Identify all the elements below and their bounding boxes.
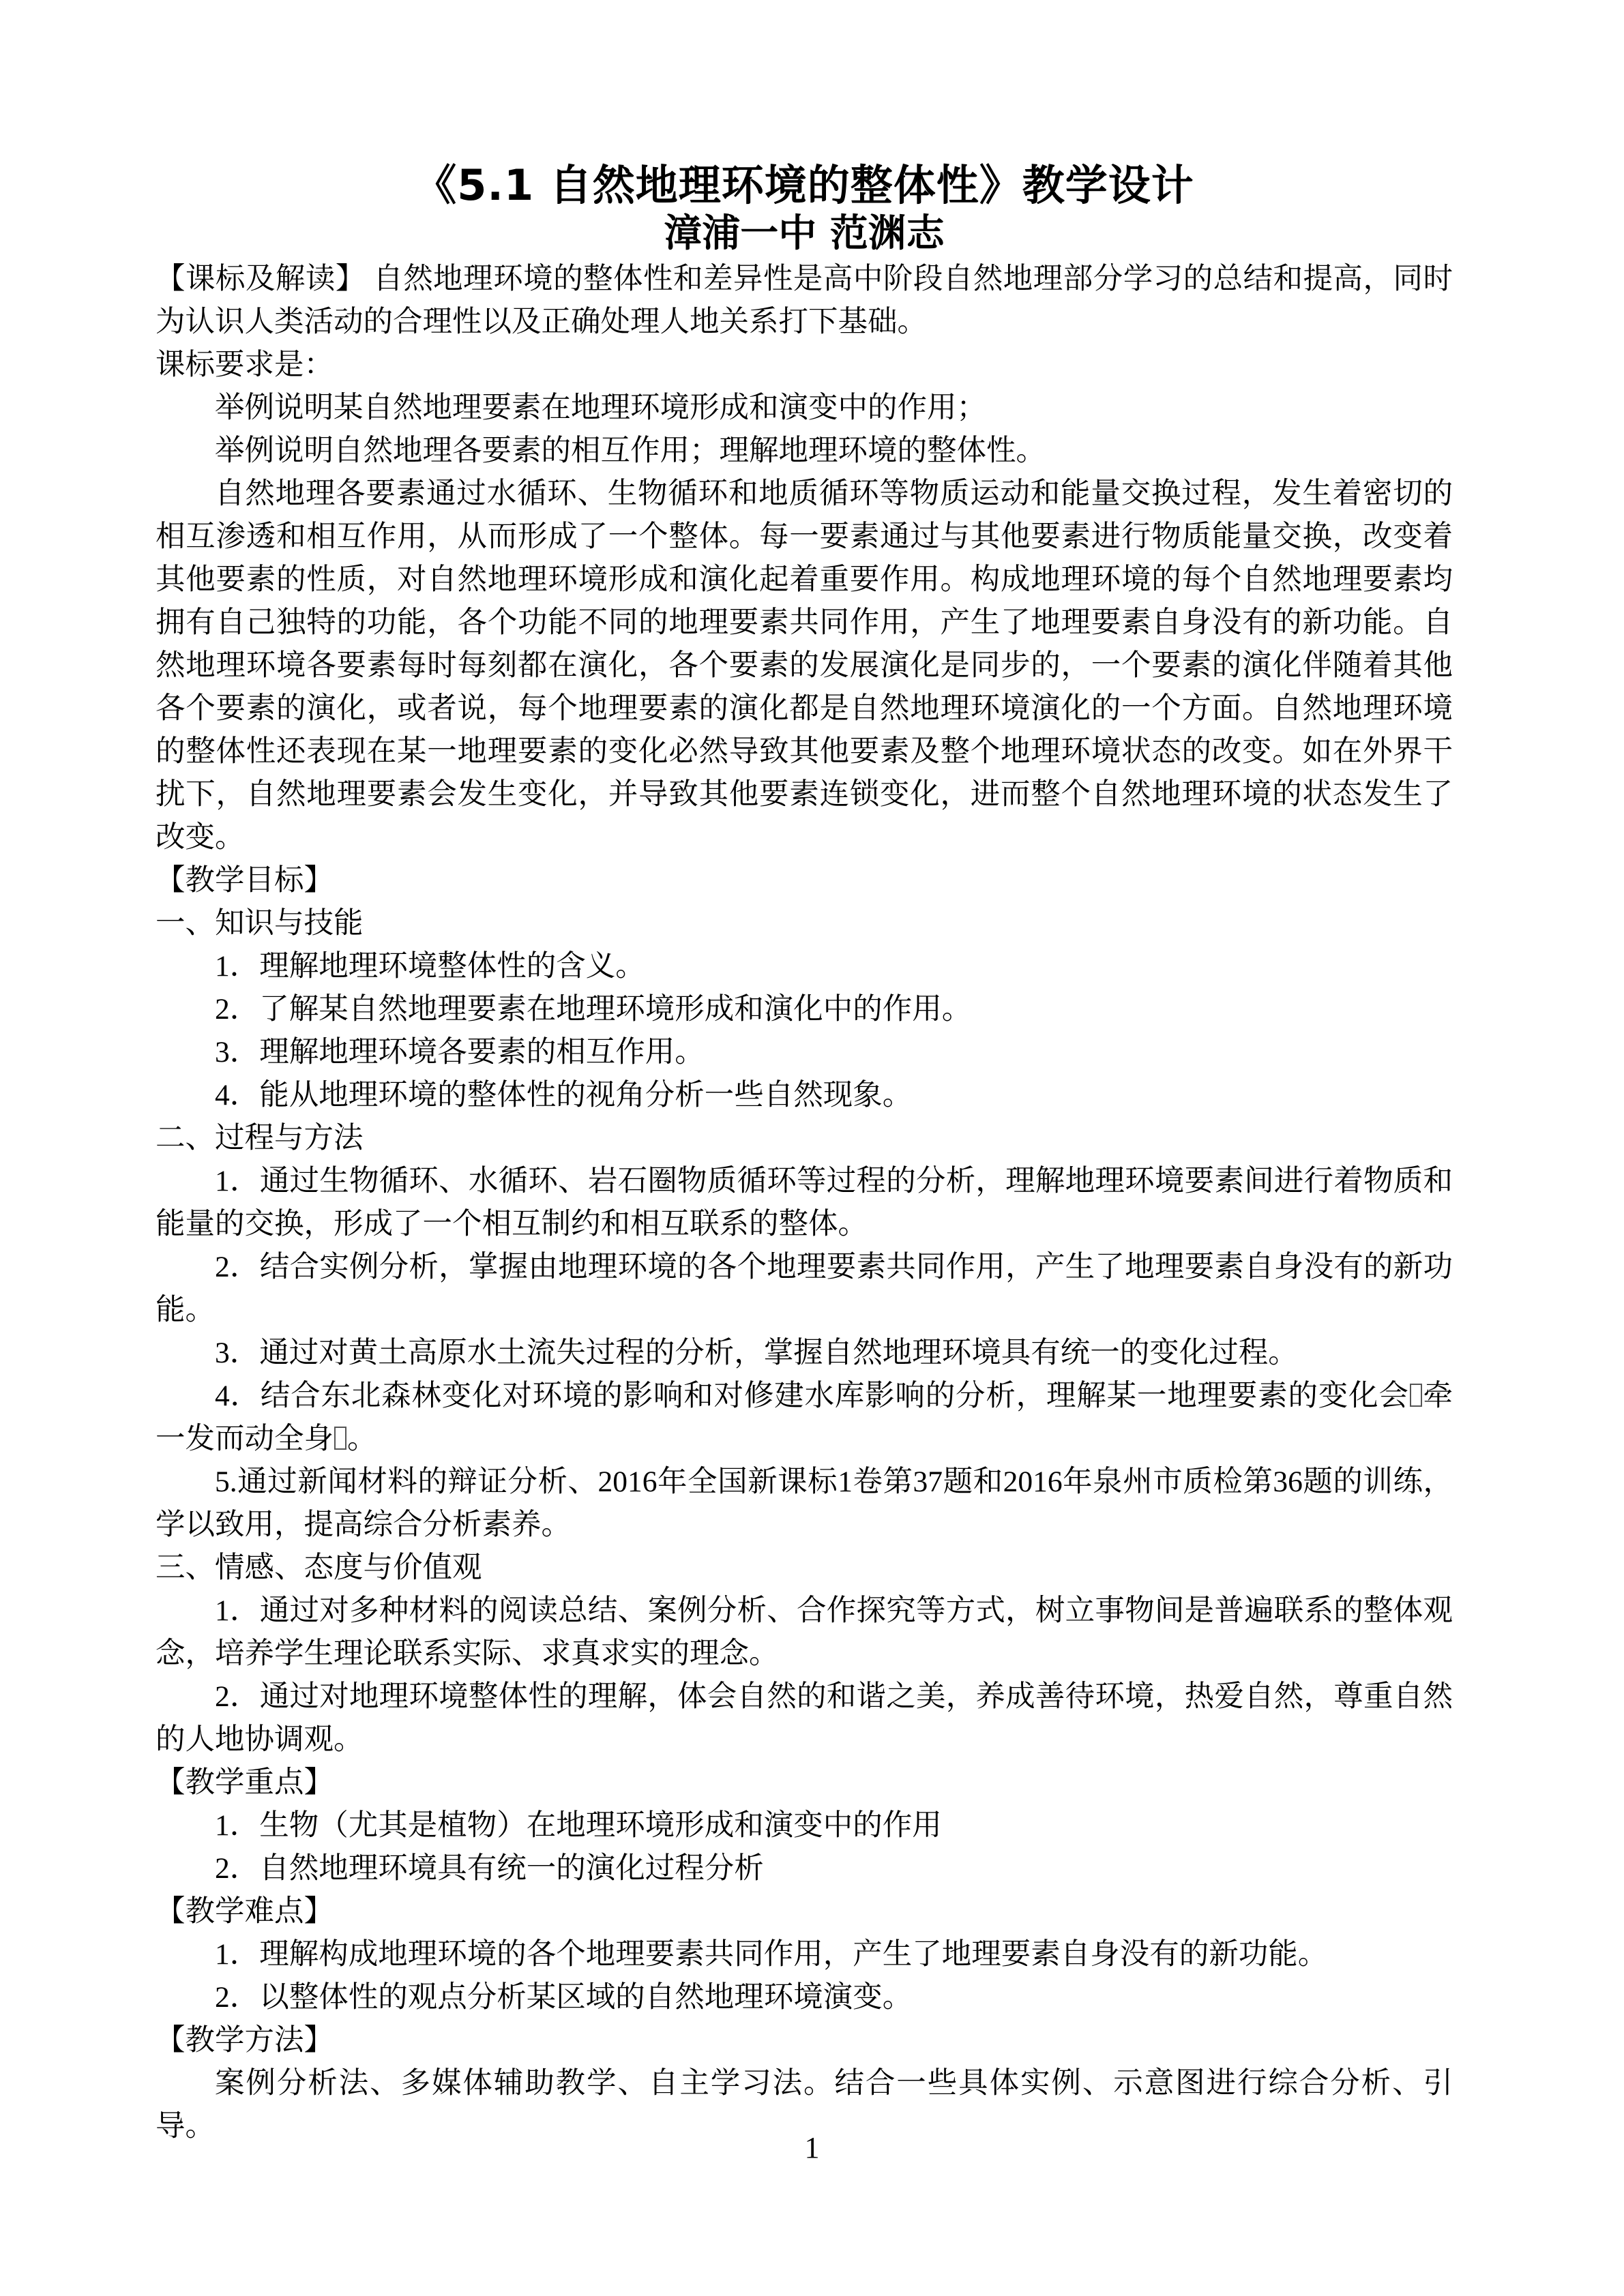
key-point-item: 2．自然地理环境具有统一的演化过程分析 bbox=[156, 1847, 1453, 1890]
process-item: 1．通过生物循环、水循环、岩石圈物质循环等过程的分析，理解地理环境要素间进行着物… bbox=[156, 1160, 1453, 1246]
document-page: 《5.1 自然地理环境的整体性》教学设计 漳浦一中 范渊志 【课标及解读】 自然… bbox=[156, 161, 1453, 2148]
knowledge-item: 3．理解地理环境各要素的相互作用。 bbox=[156, 1031, 1453, 1074]
subheading-attitude: 三、情感、态度与价值观 bbox=[156, 1547, 1453, 1590]
standards-intro-paragraph: 【课标及解读】 自然地理环境的整体性和差异性是高中阶段自然地理部分学习的总结和提… bbox=[156, 258, 1453, 344]
process-item: 5.通过新闻材料的辩证分析、2016年全国新课标1卷第37题和2016年泉州市质… bbox=[156, 1461, 1453, 1547]
knowledge-item: 1．理解地理环境整体性的含义。 bbox=[156, 945, 1453, 988]
process-item: 4．结合东北森林变化对环境的影响和对修建水库影响的分析，理解某一地理要素的变化会… bbox=[156, 1375, 1453, 1461]
requirements-label: 课标要求是： bbox=[156, 344, 1453, 387]
requirement-item: 举例说明自然地理各要素的相互作用；理解地理环境的整体性。 bbox=[156, 430, 1453, 473]
section-heading-standards: 【课标及解读】 bbox=[156, 263, 366, 295]
process-item-4-end: 。 bbox=[347, 1422, 377, 1455]
process-item: 3．通过对黄土高原水土流失过程的分析，掌握自然地理环境具有统一的变化过程。 bbox=[156, 1332, 1453, 1375]
missing-glyph-icon bbox=[334, 1427, 346, 1450]
knowledge-item: 4．能从地理环境的整体性的视角分析一些自然现象。 bbox=[156, 1074, 1453, 1117]
document-author: 漳浦一中 范渊志 bbox=[156, 210, 1453, 258]
section-heading-methods: 【教学方法】 bbox=[156, 2019, 1453, 2062]
document-title: 《5.1 自然地理环境的整体性》教学设计 bbox=[156, 161, 1453, 210]
subheading-knowledge: 一、知识与技能 bbox=[156, 902, 1453, 945]
document-body: 【课标及解读】 自然地理环境的整体性和差异性是高中阶段自然地理部分学习的总结和提… bbox=[156, 258, 1453, 2148]
process-item: 2．结合实例分析，掌握由地理环境的各个地理要素共同作用，产生了地理要素自身没有的… bbox=[156, 1246, 1453, 1332]
section-heading-objectives: 【教学目标】 bbox=[156, 859, 1453, 902]
difficulty-item: 2．以整体性的观点分析某区域的自然地理环境演变。 bbox=[156, 1976, 1453, 2019]
missing-glyph-icon bbox=[1410, 1384, 1422, 1407]
knowledge-item: 2．了解某自然地理要素在地理环境形成和演化中的作用。 bbox=[156, 988, 1453, 1031]
attitude-item: 1．通过对多种材料的阅读总结、案例分析、合作探究等方式，树立事物间是普遍联系的整… bbox=[156, 1590, 1453, 1675]
process-item-4-text: 4．结合东北森林变化对环境的影响和对修建水库影响的分析，理解某一地理要素的变化会 bbox=[215, 1380, 1409, 1412]
difficulty-item: 1．理解构成地理环境的各个地理要素共同作用，产生了地理要素自身没有的新功能。 bbox=[156, 1933, 1453, 1976]
page-number: 1 bbox=[0, 2128, 1624, 2168]
attitude-item: 2．通过对地理环境整体性的理解，体会自然的和谐之美，养成善待环境，热爱自然，尊重… bbox=[156, 1675, 1453, 1761]
section-key-points: 【教学重点】 1．生物（尤其是植物）在地理环境形成和演变中的作用 2．自然地理环… bbox=[156, 1761, 1453, 1890]
section-difficulties: 【教学难点】 1．理解构成地理环境的各个地理要素共同作用，产生了地理要素自身没有… bbox=[156, 1890, 1453, 2019]
key-point-item: 1．生物（尤其是植物）在地理环境形成和演变中的作用 bbox=[156, 1804, 1453, 1847]
section-heading-difficulties: 【教学难点】 bbox=[156, 1890, 1453, 1933]
subheading-process: 二、过程与方法 bbox=[156, 1117, 1453, 1160]
section-objectives: 【教学目标】 一、知识与技能 1．理解地理环境整体性的含义。 2．了解某自然地理… bbox=[156, 859, 1453, 1761]
requirement-item: 举例说明某自然地理要素在地理环境形成和演变中的作用； bbox=[156, 387, 1453, 430]
section-heading-key-points: 【教学重点】 bbox=[156, 1761, 1453, 1804]
standards-interpretation-paragraph: 自然地理各要素通过水循环、生物循环和地质循环等物质运动和能量交换过程，发生着密切… bbox=[156, 473, 1453, 859]
section-standards: 【课标及解读】 自然地理环境的整体性和差异性是高中阶段自然地理部分学习的总结和提… bbox=[156, 258, 1453, 859]
